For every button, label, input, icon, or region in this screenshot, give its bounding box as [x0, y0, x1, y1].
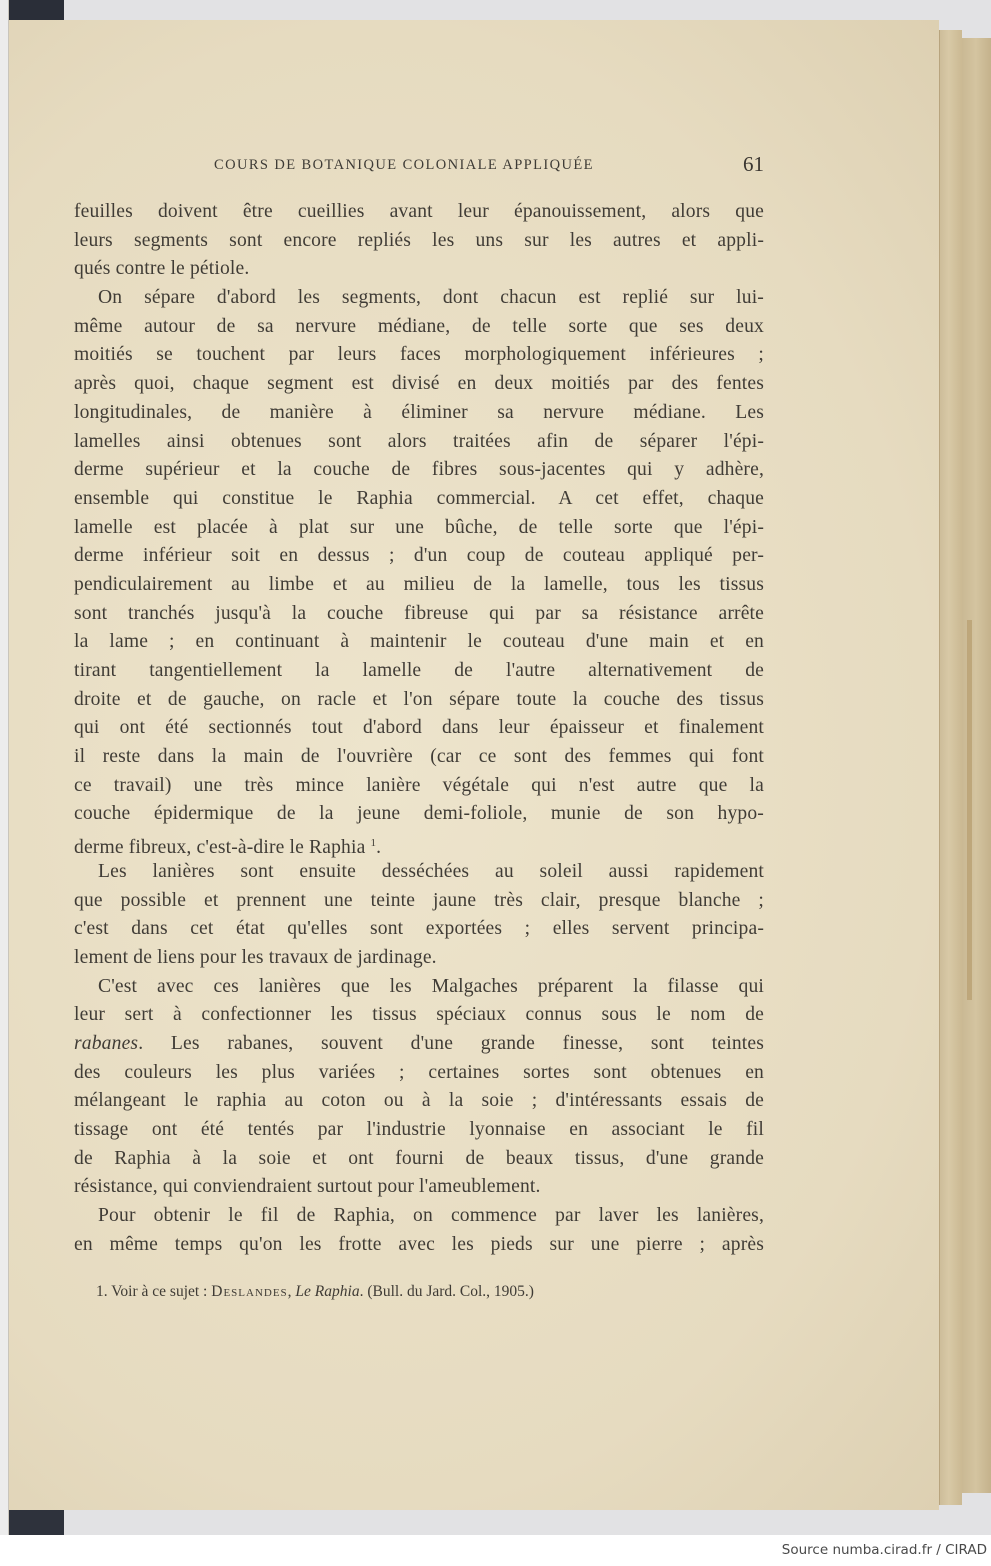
text-line: des couleurs les plus variées ; certaine… [74, 1059, 764, 1088]
page-stack-edge-outer [961, 38, 991, 1493]
text-line: résistance, qui conviendraient surtout p… [74, 1173, 764, 1202]
text-line: la lame ; en continuant à maintenir le c… [74, 628, 764, 657]
body-text: feuilles doivent être cueillies avant le… [74, 198, 764, 1259]
page-number: 61 [743, 152, 764, 177]
footnote-author: Deslandes [211, 1283, 287, 1300]
text-line: moitiés se touchent par leurs faces morp… [74, 341, 764, 370]
text-line: c'est dans cet état qu'elles sont export… [74, 915, 764, 944]
text-line: mélangeant le raphia au coton ou à la so… [74, 1087, 764, 1116]
text-line: que possible et prennent une teinte jaun… [74, 887, 764, 916]
footnote-title: Le Raphia [295, 1283, 359, 1300]
text-line: couche épidermique de la jeune demi-foli… [74, 800, 764, 829]
text-line: tirant tangentiellement la lamelle de l'… [74, 657, 764, 686]
scan-clip-top [9, 0, 64, 20]
text-line: leur sert à confectionner les tissus spé… [74, 1001, 764, 1030]
text-line: derme supérieur et la couche de fibres s… [74, 456, 764, 485]
italic-term: rabanes [74, 1033, 138, 1054]
text-line: derme fibreux, c'est-à-dire le Raphia 1. [74, 829, 764, 858]
text-line: Les lanières sont ensuite desséchées au … [74, 858, 764, 887]
text-line: derme inférieur soit en dessus ; d'un co… [74, 542, 764, 571]
text-line: ensemble qui constitue le Raphia commerc… [74, 485, 764, 514]
footnote: 1. Voir à ce sujet : Deslandes, Le Raphi… [96, 1283, 736, 1301]
text-line: ce travail) une très mince lanière végét… [74, 772, 764, 801]
text-line: lamelles ainsi obtenues sont alors trait… [74, 428, 764, 457]
text-line: même autour de sa nervure médiane, de te… [74, 313, 764, 342]
text-line: On sépare d'abord les segments, dont cha… [74, 284, 764, 313]
text-line: lement de liens pour les travaux de jard… [74, 944, 764, 973]
text-line: pendiculairement au limbe et au milieu d… [74, 571, 764, 600]
text-line: il reste dans la main de l'ouvrière (car… [74, 743, 764, 772]
text-line: droite et de gauche, on racle et l'on sé… [74, 686, 764, 715]
text-line: en même temps qu'on les frotte avec les … [74, 1231, 764, 1260]
text-line: après quoi, chaque segment est divisé en… [74, 370, 764, 399]
page-stack-edge-inner [939, 30, 962, 1505]
scan-clip-bottom [9, 1510, 64, 1535]
running-head: COURS DE BOTANIQUE COLONIALE APPLIQUÉE 6… [74, 152, 766, 182]
text-line: tissage ont été tentés par l'industrie l… [74, 1116, 764, 1145]
source-credit: Source numba.cirad.fr / CIRAD [782, 1542, 987, 1558]
text-line: qui ont été sectionnés tout d'abord dans… [74, 714, 764, 743]
text-line: sont tranchés jusqu'à la couche fibreuse… [74, 600, 764, 629]
text-line: longitudinales, de manière à éliminer sa… [74, 399, 764, 428]
text-line: rabanes. Les rabanes, souvent d'une gran… [74, 1030, 764, 1059]
footnote-reference: 1 [370, 837, 376, 849]
text-line: lamelle est placée à plat sur une bûche,… [74, 514, 764, 543]
left-margin-strip [0, 0, 9, 1535]
footnote-number: 1. [96, 1283, 108, 1300]
text-line: de Raphia à la soie et ont fourni de bea… [74, 1145, 764, 1174]
page-torn-edge [967, 620, 972, 1000]
footnote-prefix: Voir à ce sujet : [111, 1283, 207, 1300]
running-head-title: COURS DE BOTANIQUE COLONIALE APPLIQUÉE [214, 157, 594, 174]
text-line: qués contre le pétiole. [74, 255, 764, 284]
text-line: Pour obtenir le fil de Raphia, on commen… [74, 1202, 764, 1231]
footnote-citation: (Bull. du Jard. Col., 1905.) [367, 1283, 534, 1300]
text-line: leurs segments sont encore repliés les u… [74, 227, 764, 256]
text-line: feuilles doivent être cueillies avant le… [74, 198, 764, 227]
text-line: C'est avec ces lanières que les Malgache… [74, 973, 764, 1002]
